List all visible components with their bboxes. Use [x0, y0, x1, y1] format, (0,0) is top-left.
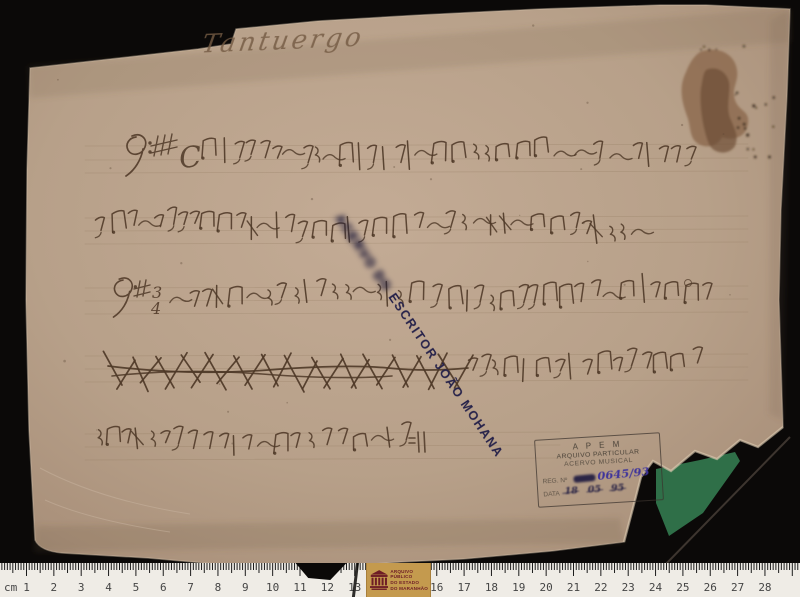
date-label: DATA [543, 490, 560, 498]
ruler-number: 18 [485, 581, 498, 594]
ruler-number: 21 [567, 581, 580, 594]
date-month: 05 [587, 484, 601, 496]
ruler-number: 12 [321, 581, 334, 594]
ruler-unit-label: cm [4, 581, 17, 594]
ruler-number: 17 [457, 581, 470, 594]
time-signature-common: C [178, 139, 203, 175]
ruler-number: 2 [51, 581, 58, 594]
music-glyph [276, 212, 277, 237]
ruler-number: 23 [622, 581, 635, 594]
badge-line: DO MARANHÃO [390, 586, 428, 592]
archive-building-icon [370, 566, 388, 594]
music-glyph [233, 436, 235, 455]
archive-stamp: A P E M ARQUIVO PARTICULAR ACERVO MUSICA… [534, 432, 664, 508]
archive-badge-text: ARQUIVO PÚBLICO DO ESTADO DO MARANHÃO [390, 569, 428, 591]
ruler: cm 1234567891011121314151617181920212223… [0, 563, 800, 597]
ruler-number: 11 [293, 581, 306, 594]
ruler-number: 5 [133, 581, 140, 594]
ruler-number: 27 [731, 581, 744, 594]
archival-scan-photo: C 3 4 [0, 0, 800, 597]
ruler-number: 3 [78, 581, 85, 594]
date-year: 95 [611, 483, 625, 495]
archive-badge: ARQUIVO PÚBLICO DO ESTADO DO MARANHÃO [366, 563, 431, 597]
ruler-number: 4 [105, 581, 112, 594]
ruler-number: 25 [676, 581, 689, 594]
ruler-number: 6 [160, 581, 167, 594]
ruler-number: 8 [215, 581, 222, 594]
ruler-number: 16 [430, 581, 443, 594]
reg-label: REG. Nº [542, 477, 567, 485]
date-day: 18 [564, 485, 578, 497]
ruler-number: 10 [266, 581, 279, 594]
music-glyph [224, 138, 225, 163]
ruler-number: 28 [758, 581, 771, 594]
ruler-number: 9 [242, 581, 249, 594]
ruler-number: 24 [649, 581, 662, 594]
ruler-number: 26 [704, 581, 717, 594]
struck-old-number [573, 474, 596, 483]
time-signature-denominator: 4 [150, 299, 161, 318]
ruler-number: 1 [23, 581, 30, 594]
ruler-number: 22 [594, 581, 607, 594]
ruler-number: 7 [187, 581, 194, 594]
reg-number: 0645/93 [596, 464, 649, 483]
ruler-number: 19 [512, 581, 525, 594]
ruler-number: 20 [540, 581, 553, 594]
